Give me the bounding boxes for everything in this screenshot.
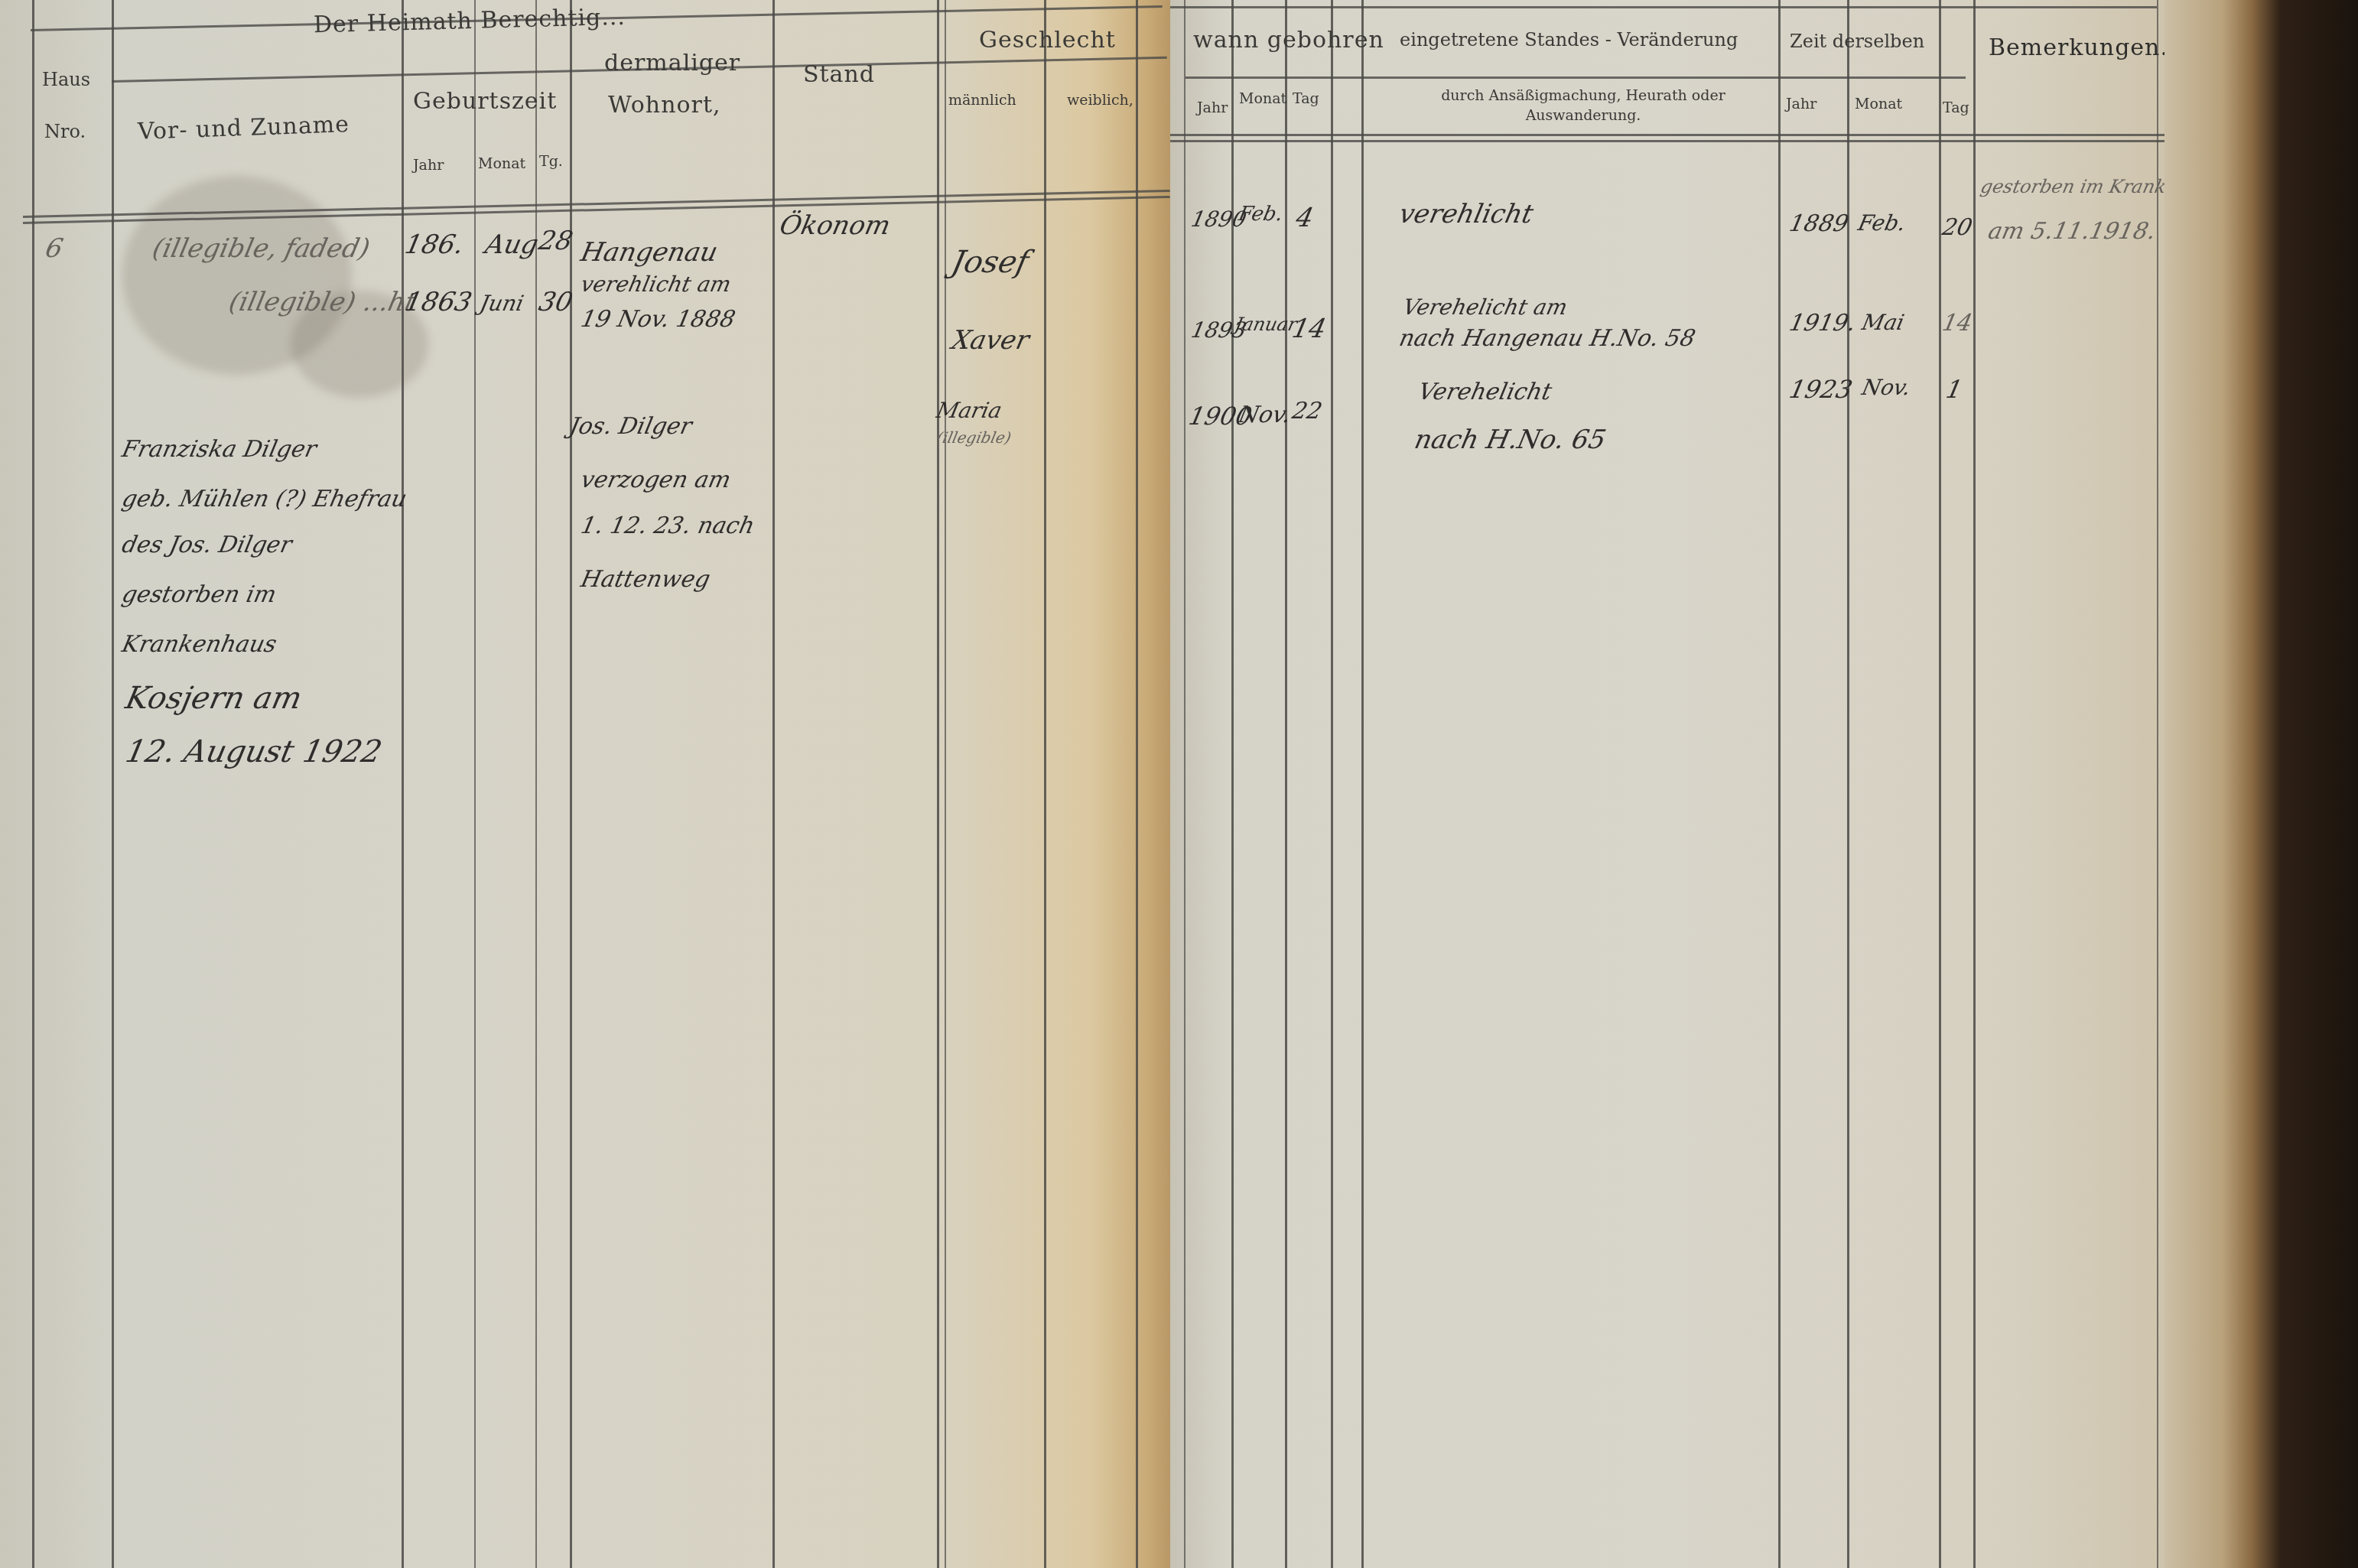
header-house-no-2: Nro. [44,121,86,142]
entry-status: Ökonom [777,210,893,241]
entry-residence-4: Hattenweg [578,566,712,593]
header-residence: dermaliger [604,50,740,76]
column-rule [1285,0,1287,1568]
entry-born-month: Feb. [1237,203,1285,226]
entry-born-day: 22 [1290,398,1325,425]
entry-name-line: des Jos. Dilger [119,532,294,558]
entry-born-month: Nov. [1236,402,1293,428]
entry-birth-year: 1863 [402,287,475,317]
page-title: Der Heimath Berechtig... [314,4,626,39]
entry-name-line: Kosjern am [122,681,305,716]
header-born: wann gebohren [1193,27,1384,54]
header-born-month: Monat [1239,90,1286,107]
entry-house-no: 6 [43,233,66,264]
header-birth: Geburtszeit [413,88,557,115]
entry-change: verehlicht [1397,199,1536,229]
header-rule [1186,76,1966,79]
column-rule [474,0,476,1568]
entry-change-1: Verehelicht [1416,379,1554,405]
entry-change-day: 20 [1940,214,1975,241]
entry-residence-3: 1. 12. 23. nach [578,512,756,539]
entry-male: Josef [948,245,1032,280]
entry-birth-month: Aug [483,229,542,260]
entry-change-1: Verehelicht am [1400,294,1569,320]
entry-name-line: gestorben im [119,581,278,608]
header-rule [1170,140,2164,142]
header-status-change: eingetretene Standes - Veränderung [1400,29,1738,50]
entry-name-line: Krankenhaus [119,631,279,658]
column-rule [1331,0,1333,1568]
left-page: Der Heimath Berechtig... Haus Nro. Vor- … [0,0,1170,1568]
entry-name-line: 12. August 1922 [122,734,385,769]
column-rule [1184,0,1186,1568]
entry-change-2: nach Hangenau H.No. 58 [1397,325,1697,352]
header-female: weiblich, [1067,92,1133,109]
header-rule [1170,134,2164,136]
entry-name-line: Franziska Dilger [119,436,319,463]
entry-residence-1: Jos. Dilger [567,413,694,440]
entry-change-2: nach H.No. 65 [1412,425,1608,455]
entry-change-year: 1889 [1787,210,1851,237]
header-time-month: Monat [1855,96,1902,112]
right-page: wann gebohren Jahr Monat Tag eingetreten… [1170,0,2164,1568]
column-rule [402,0,404,1568]
register-spread: Der Heimath Berechtig... Haus Nro. Vor- … [0,0,2358,1568]
header-status: Stand [803,61,875,88]
column-rule [772,0,775,1568]
entry-name: (illegible) ...ht [226,287,419,317]
entry-change-day: 14 [1940,310,1975,337]
header-birth-month: Monat [478,155,525,172]
entry-change-month: Mai [1859,310,1906,335]
entry-change-year: 1923 [1787,375,1856,404]
entry-residence-3: 19 Nov. 1888 [578,306,737,333]
header-birth-year: Jahr [413,157,444,174]
entry-born-month: Januar [1233,314,1299,335]
column-rule [112,0,114,1568]
header-time: Zeit derselben [1790,31,1924,52]
column-rule [937,0,939,1568]
column-rule [1361,0,1364,1568]
column-rule [1973,0,1976,1568]
entry-change-month: Nov. [1859,375,1913,400]
entry-residence-1: Hangenau [578,237,720,268]
header-name: Vor- und Zuname [137,111,350,145]
column-rule [32,0,34,1568]
entry-change-year: 1919. [1787,310,1858,337]
header-time-year: Jahr [1786,96,1816,112]
entry-name: (illegible, faded) [150,233,372,264]
entry-remarks-2: am 5.11.1918. [1986,218,2158,245]
entry-change-day: 1 [1943,375,1965,404]
entry-birth-month: Juni [477,291,525,316]
entry-birth-year: 186. [402,229,467,260]
header-born-day: Tag [1293,90,1319,107]
entry-residence-2: verzogen am [578,467,733,493]
column-rule [2157,0,2158,1568]
column-rule [1136,0,1138,1568]
column-rule [1231,0,1234,1568]
header-sex: Geschlecht [979,27,1116,54]
entry-female-2: (illegible) [935,428,1013,447]
entry-birth-day: 28 [536,226,576,256]
book-edge [2164,0,2358,1568]
entry-birth-day: 30 [536,287,576,317]
header-remarks: Bemerkungen. [1989,34,2168,61]
entry-female-1: Maria [934,398,1003,423]
entry-male: Xaver [949,325,1033,356]
header-birth-day: Tg. [539,153,563,170]
entry-born-day: 14 [1290,314,1329,344]
entry-born-day: 4 [1293,203,1316,233]
header-status-change-sub: durch Ansäßigmachung, Heurath oder Auswa… [1392,86,1774,125]
header-rule [1170,6,2157,8]
header-residence-2: Wohnort, [608,92,721,119]
header-time-day: Tag [1943,99,1969,116]
column-rule [1044,0,1046,1568]
header-male: männlich [948,92,1016,109]
column-rule [1778,0,1781,1568]
header-born-year: Jahr [1197,99,1228,116]
column-rule [945,0,946,1568]
header-house-no: Haus [42,69,90,90]
entry-name-line: geb. Mühlen (?) Ehefrau [119,486,409,512]
entry-change-month: Feb. [1856,210,1908,236]
entry-residence-2: verehlicht am [578,272,733,297]
column-rule [1847,0,1849,1568]
